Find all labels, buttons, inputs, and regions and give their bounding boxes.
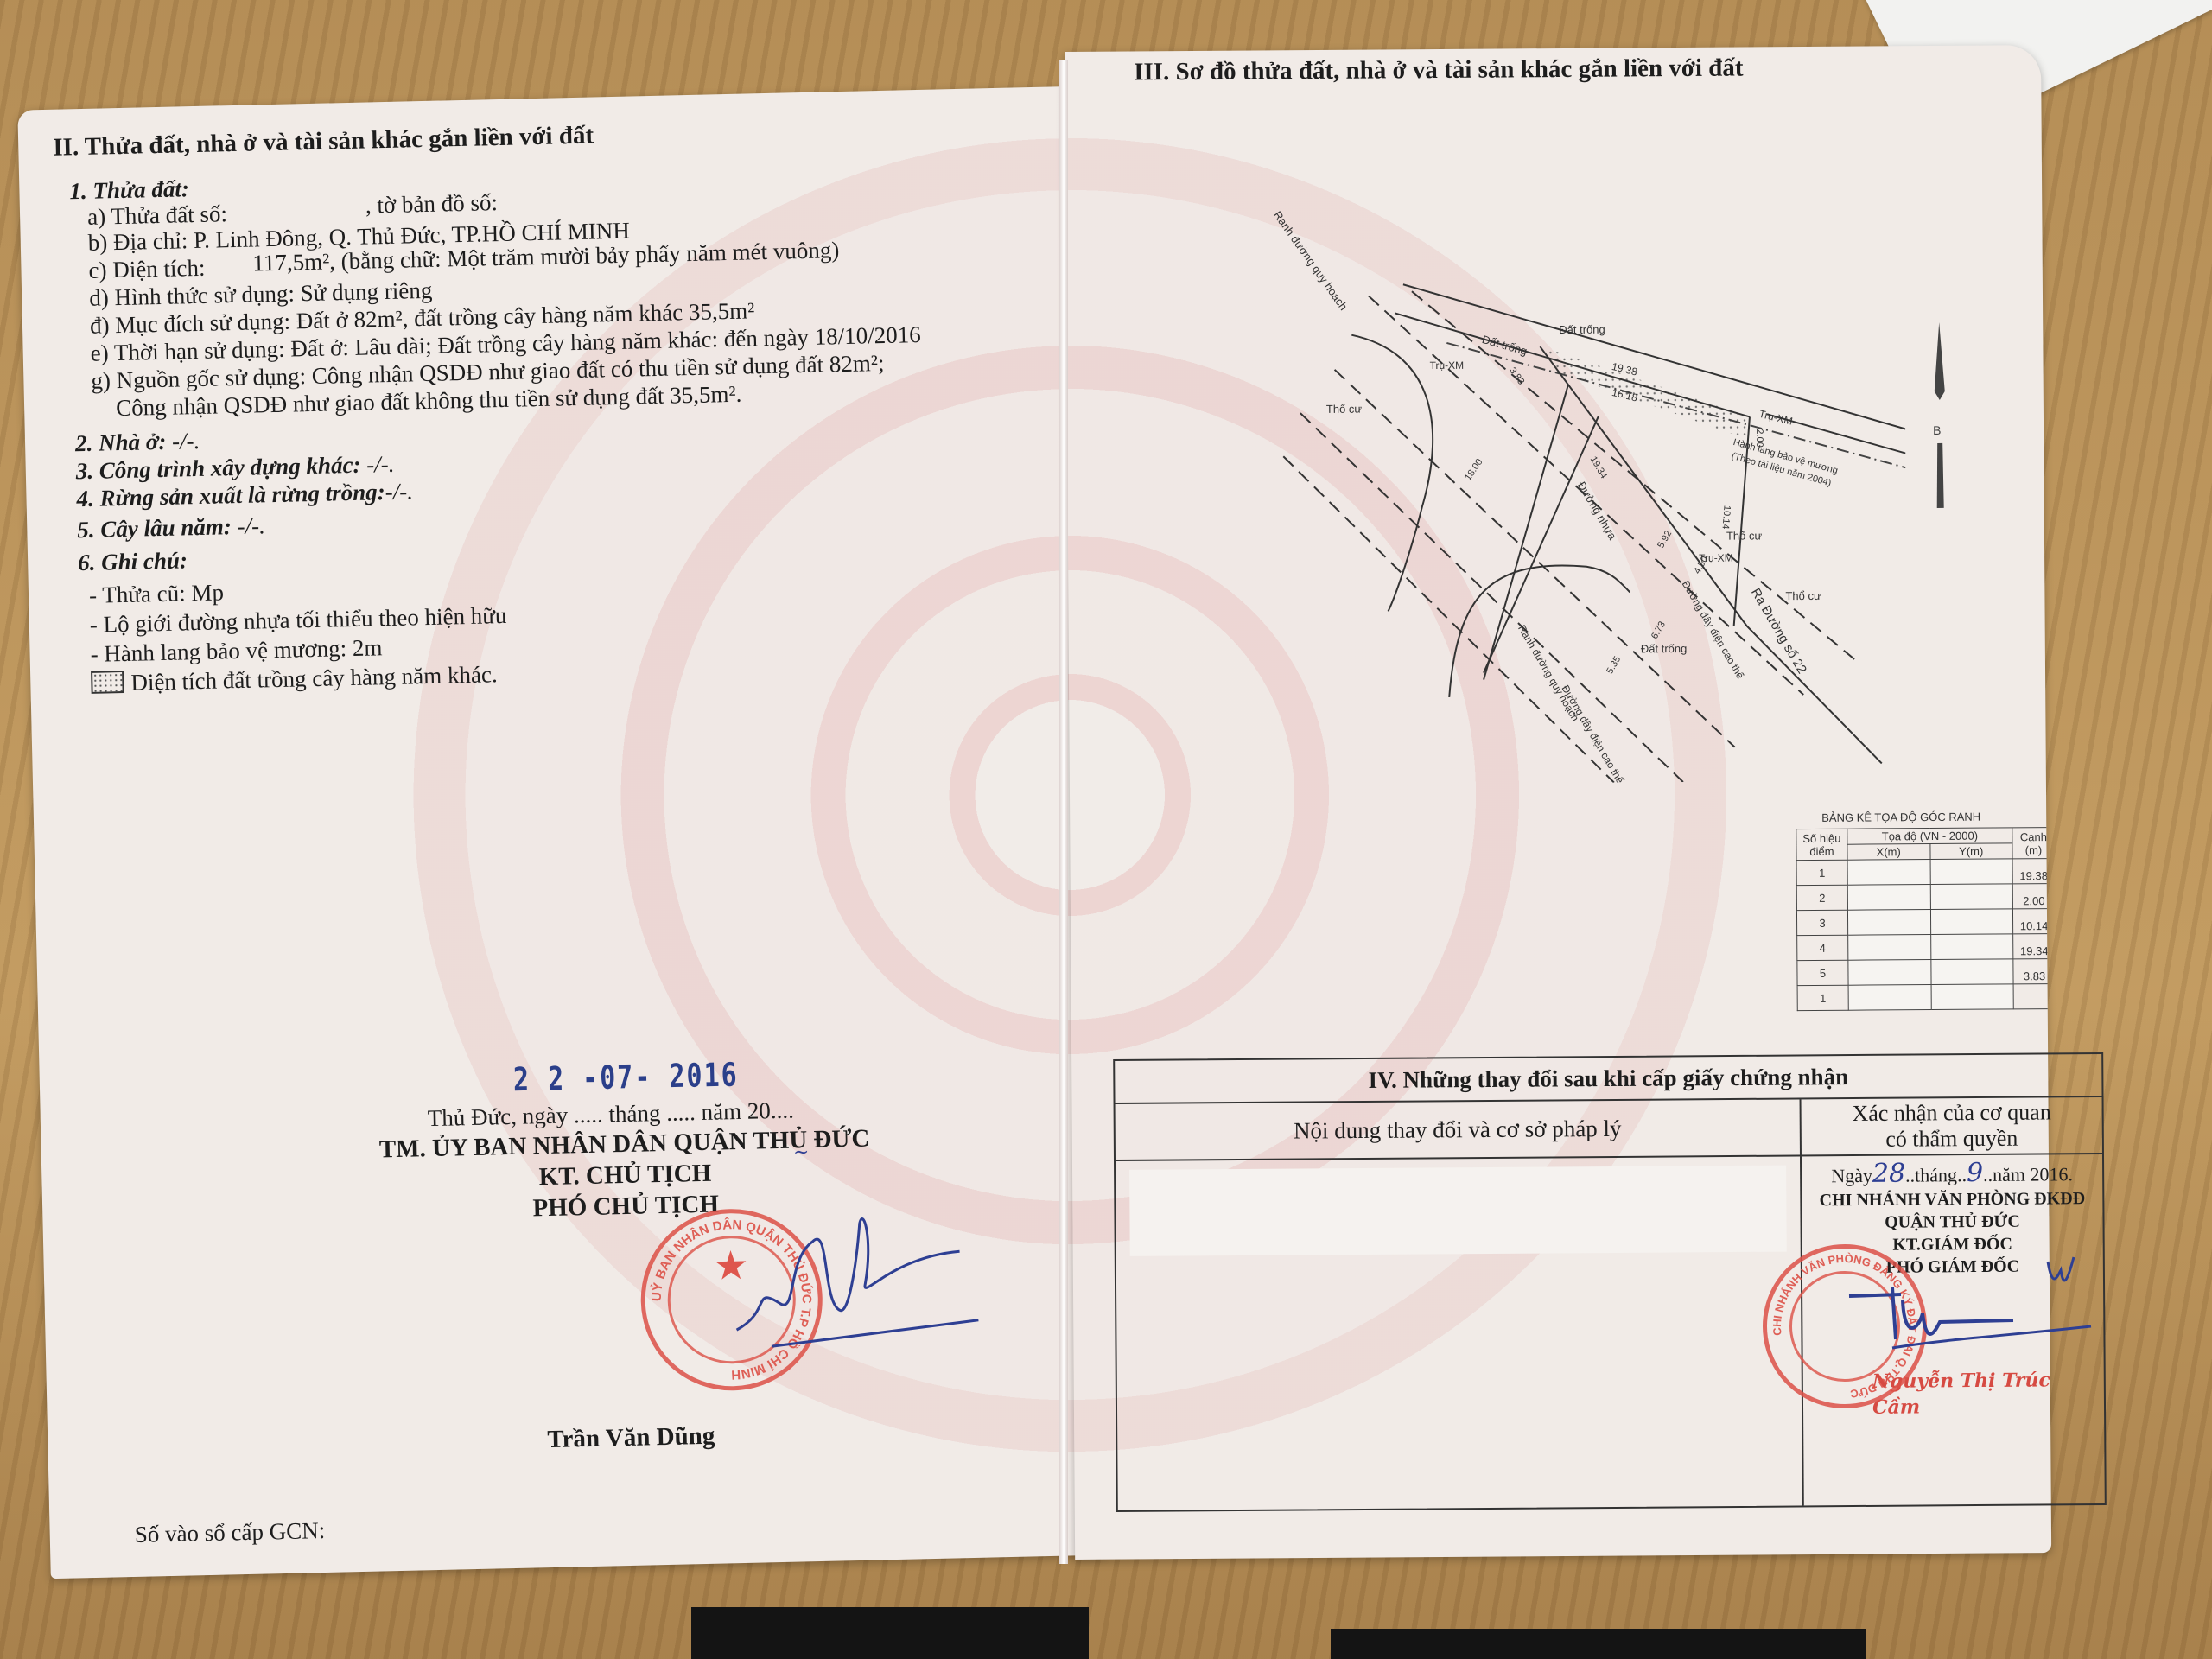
coord-table-title: BẢNG KÊ TỌA ĐỘ GÓC RANH — [1821, 810, 1980, 824]
initials-handwritten: ~ — [793, 1141, 810, 1163]
svg-text:Thổ cư: Thổ cư — [1785, 589, 1821, 602]
land-parcel-heading: 1. Thửa đất: — [69, 175, 189, 205]
svg-text:B: B — [1933, 423, 1941, 437]
notes-heading: 6. Ghi chú: — [78, 547, 188, 576]
north-arrow-icon: B — [1922, 322, 1958, 512]
note-line: - Thửa cũ: Mp — [89, 579, 225, 609]
section-iii-title: III. Sơ đồ thửa đất, nhà ở và tài sản kh… — [1134, 54, 1744, 87]
coord-row: 53.83 — [1797, 959, 2051, 986]
item-house: 2. Nhà ở: -/-. — [75, 428, 200, 457]
legend-note: Diện tích đất trồng cây hàng năm khác. — [91, 661, 498, 697]
coord-row: 1 — [1797, 984, 2051, 1011]
area-label: c) Diện tích: — [88, 255, 206, 284]
col-header-content: Nội dung thay đổi và cơ sở pháp lý — [1116, 1099, 1802, 1160]
section-iv-title: IV. Những thay đổi sau khi cấp giấy chứn… — [1115, 1054, 2101, 1104]
svg-text:Trụ-XM: Trụ-XM — [1429, 359, 1464, 372]
svg-text:Đường dây điện cao thế: Đường dây điện cao thế — [1560, 683, 1627, 785]
shadow-under-desk — [691, 1607, 1089, 1659]
coordinate-table: Số hiệu điểm Tọa độ (VN - 2000) Cạnh (m)… — [1796, 827, 2051, 1011]
svg-text:5.92: 5.92 — [1656, 529, 1674, 550]
svg-text:Thổ cư: Thổ cư — [1326, 403, 1363, 416]
svg-text:6.73: 6.73 — [1649, 620, 1668, 641]
registry-number-label: Số vào sổ cấp GCN: — [134, 1517, 325, 1548]
signature-left — [716, 1203, 1014, 1365]
dotted-area-legend-icon — [91, 671, 124, 694]
signer-name: Trần Văn Dũng — [359, 1418, 904, 1459]
coord-row: 419.34 — [1797, 934, 2051, 961]
svg-text:19.34: 19.34 — [1588, 454, 1609, 480]
svg-text:Ranh đường quy hoạch: Ranh đường quy hoạch — [1271, 208, 1351, 313]
coord-row: 310.14 — [1796, 909, 2051, 936]
svg-text:3.83: 3.83 — [1507, 365, 1526, 386]
svg-text:Đất trống: Đất trống — [1559, 323, 1605, 336]
office-line-1: CHI NHÁNH VĂN PHÒNG ĐKĐĐ — [1820, 1187, 2086, 1211]
left-page: II. Thửa đất, nhà ở và tài sản khác gắn … — [17, 86, 1103, 1579]
item-perennial-trees: 5. Cây lâu năm: -/-. — [77, 512, 265, 543]
map-sheet-label: , tờ bản đồ số: — [365, 189, 499, 219]
section-ii-title: II. Thửa đất, nhà ở và tài sản khác gắn … — [53, 122, 594, 162]
office-line-2: QUẬN THỦ ĐỨC — [1885, 1211, 2020, 1234]
coord-row: 119.38 — [1796, 859, 2051, 886]
change-content-cell — [1116, 1156, 1804, 1510]
svg-text:Đất trống: Đất trống — [1641, 642, 1688, 655]
shadow-under-desk-2 — [1331, 1629, 1866, 1659]
svg-text:Thổ cư: Thổ cư — [1726, 529, 1763, 542]
book-spine — [1059, 60, 1068, 1564]
stamped-date: 2 2 -07- 2016 — [512, 1057, 739, 1100]
note-line: - Hành lang bảo vệ mương: 2m — [90, 634, 382, 668]
coord-row: 22.00 — [1796, 884, 2051, 911]
svg-text:Đường nhựa: Đường nhựa — [1575, 480, 1619, 543]
confirmation-date: Ngày28..tháng..9..năm 2016. — [1831, 1160, 2073, 1189]
svg-text:18.00: 18.00 — [1463, 457, 1485, 482]
parcel-diagram: Ranh đường quy hoạch Đất trống Đất trống… — [1195, 141, 1908, 785]
svg-text:10.14: 10.14 — [1719, 505, 1732, 529]
col-header-confirm: Xác nhận của cơ quan có thẩm quyền — [1802, 1097, 2102, 1154]
svg-text:Trụ-XM: Trụ-XM — [1758, 408, 1794, 428]
parcel-number-label: a) Thửa đất số: — [87, 200, 228, 231]
signature-right — [1840, 1253, 2100, 1374]
svg-text:5.35: 5.35 — [1605, 655, 1623, 677]
